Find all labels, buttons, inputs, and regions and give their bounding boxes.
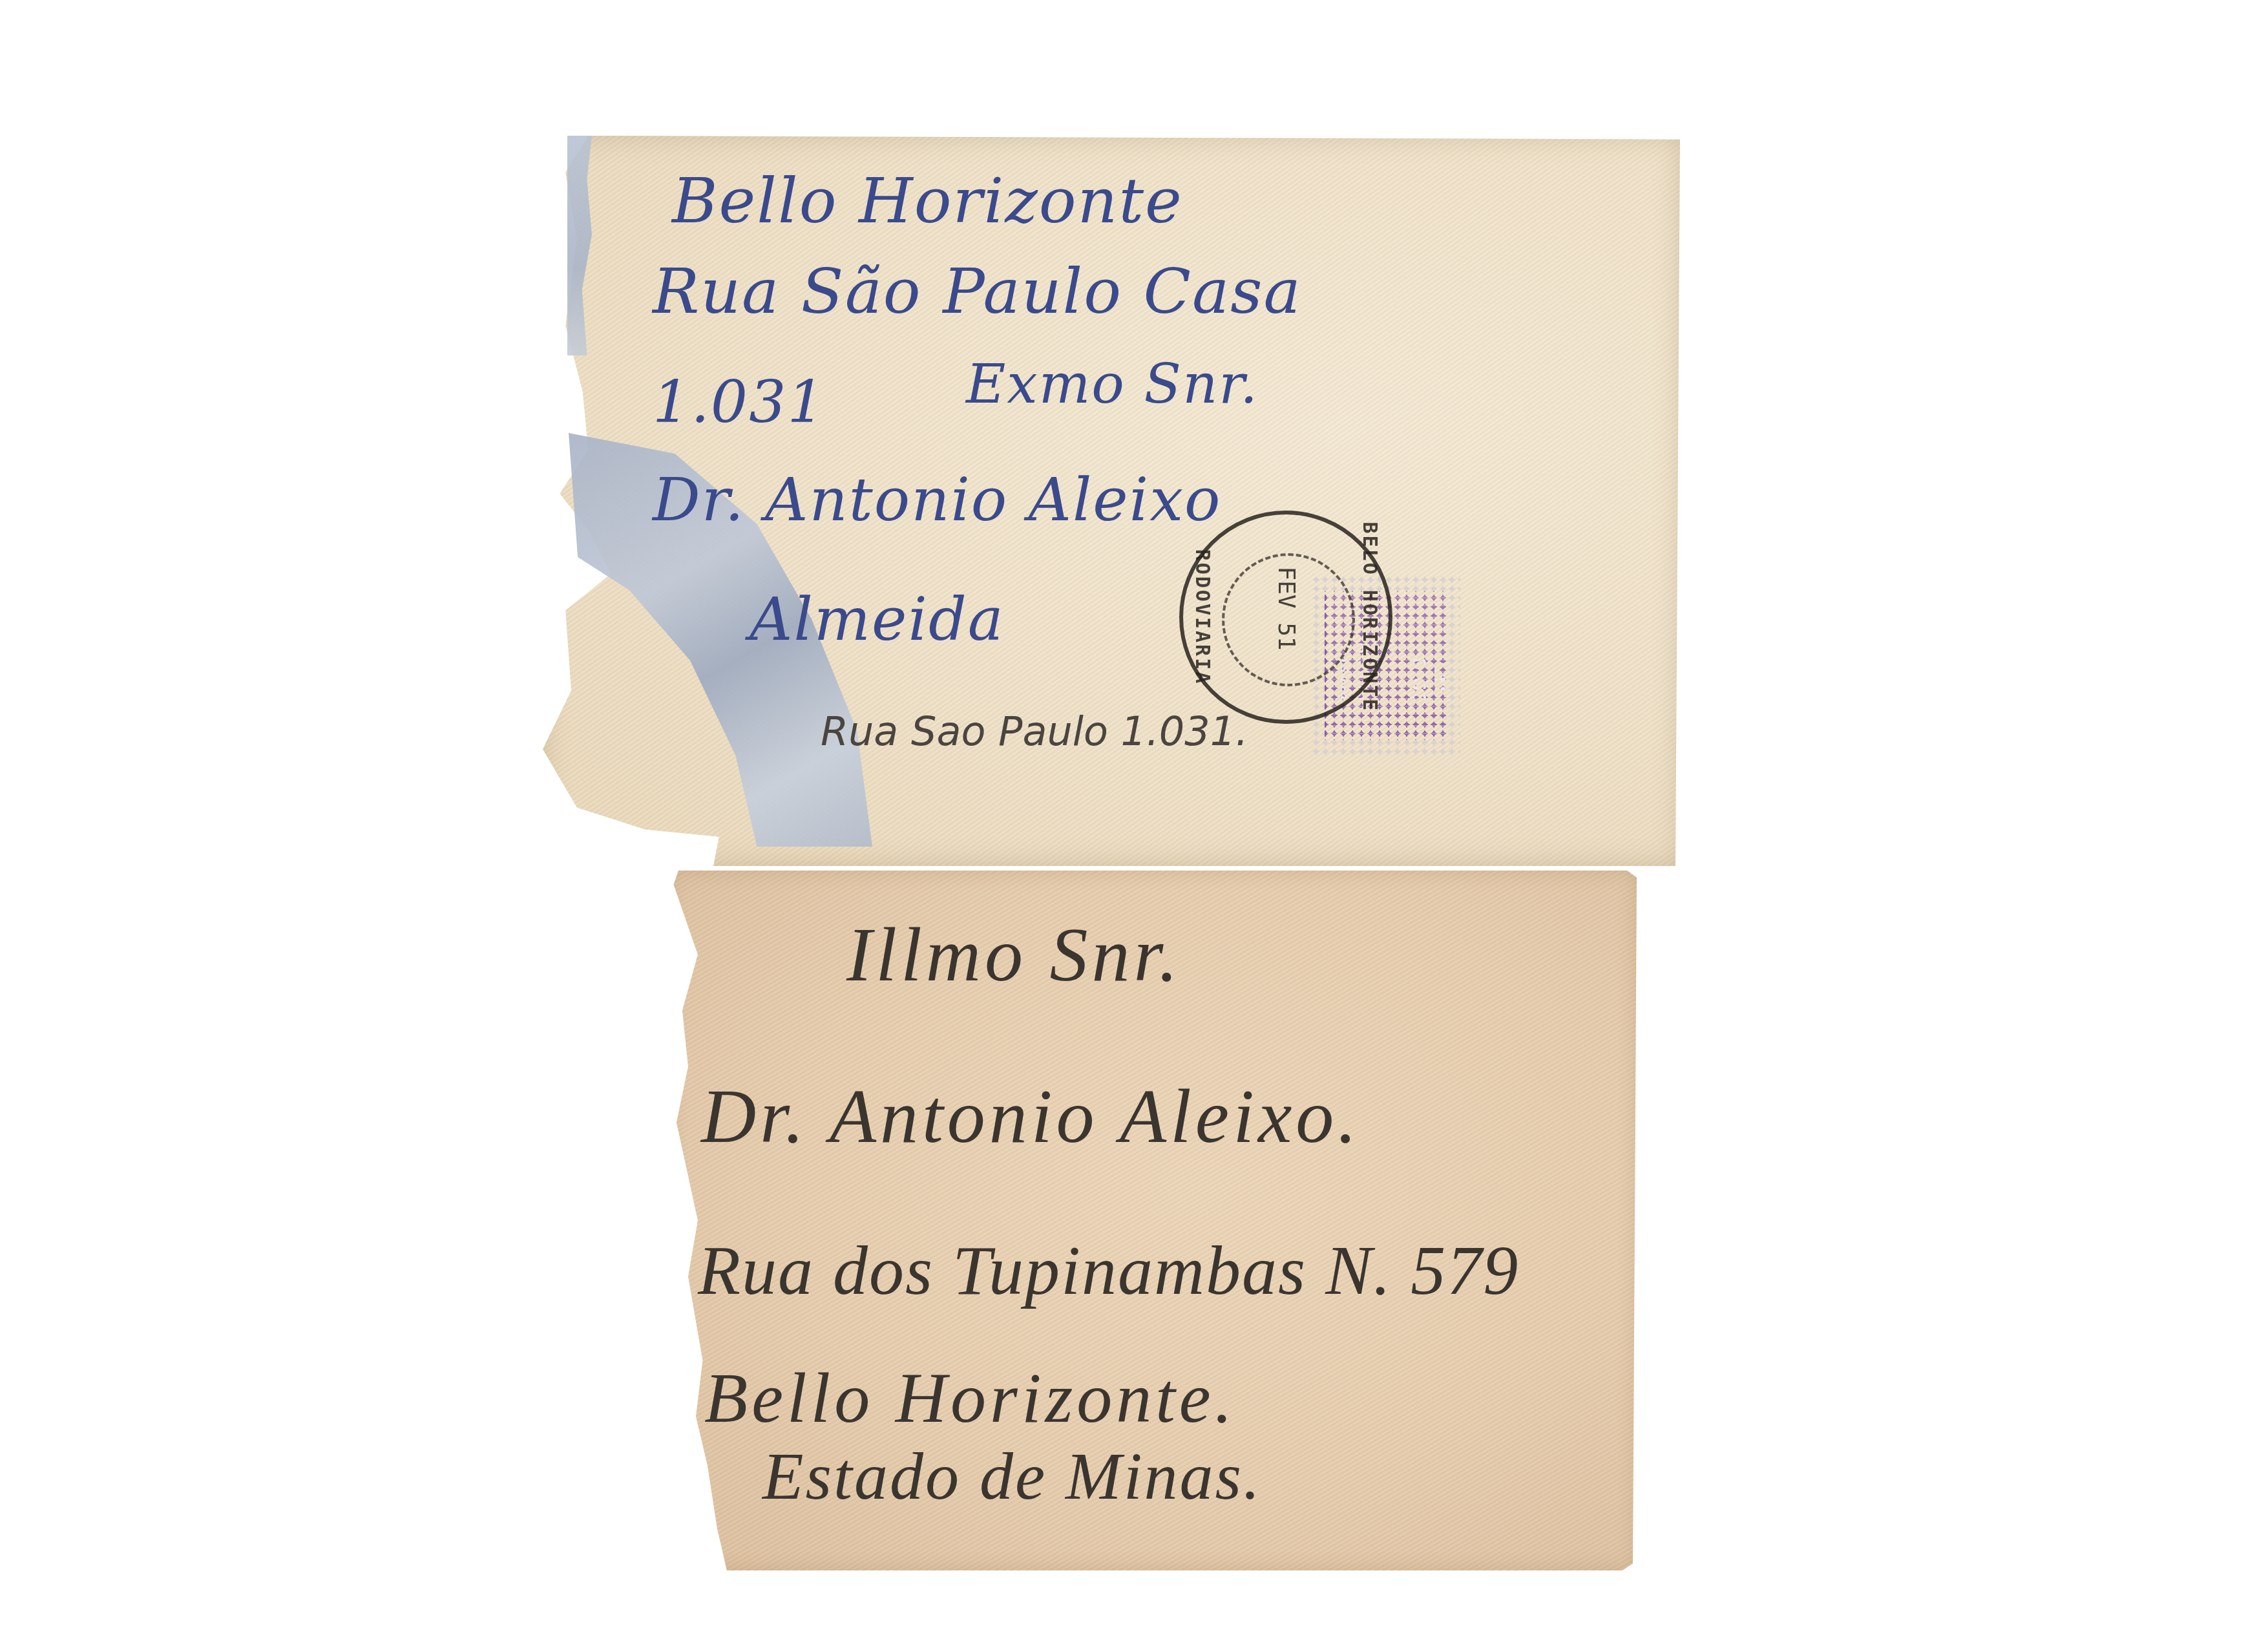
postmark-date: FEV 51 bbox=[1273, 506, 1299, 712]
recipient-name: Dr. Antonio Aleixo. bbox=[701, 1073, 1361, 1161]
address-state-line: Estado de Minas. bbox=[762, 1438, 1262, 1515]
stamp-value: Cr$ 0,60 bbox=[1407, 639, 1452, 723]
address-city-line: Bello Horizonte. bbox=[704, 1357, 1236, 1439]
address-city-line: Bello Horizonte bbox=[672, 165, 1183, 237]
address-number: 1.031 bbox=[653, 368, 826, 436]
postmark-cancel: BELO HORIZONTE RODOVIARIA FEV 51 bbox=[1179, 511, 1392, 724]
recipient-surname: Almeida bbox=[750, 585, 1005, 654]
postmark-station: RODOVIARIA bbox=[1191, 514, 1213, 720]
address-street-line: Rua São Paulo Casa bbox=[653, 255, 1302, 328]
address-street-line: Rua dos Tupinambas N. 579 bbox=[698, 1231, 1519, 1311]
recipient-name: Dr. Antonio Aleixo bbox=[653, 465, 1222, 534]
salutation-line: Illmo Snr. bbox=[846, 911, 1182, 999]
postmark-city: BELO HORIZONTE bbox=[1358, 514, 1381, 720]
address-salutation: Exmo Snr. bbox=[966, 352, 1259, 416]
